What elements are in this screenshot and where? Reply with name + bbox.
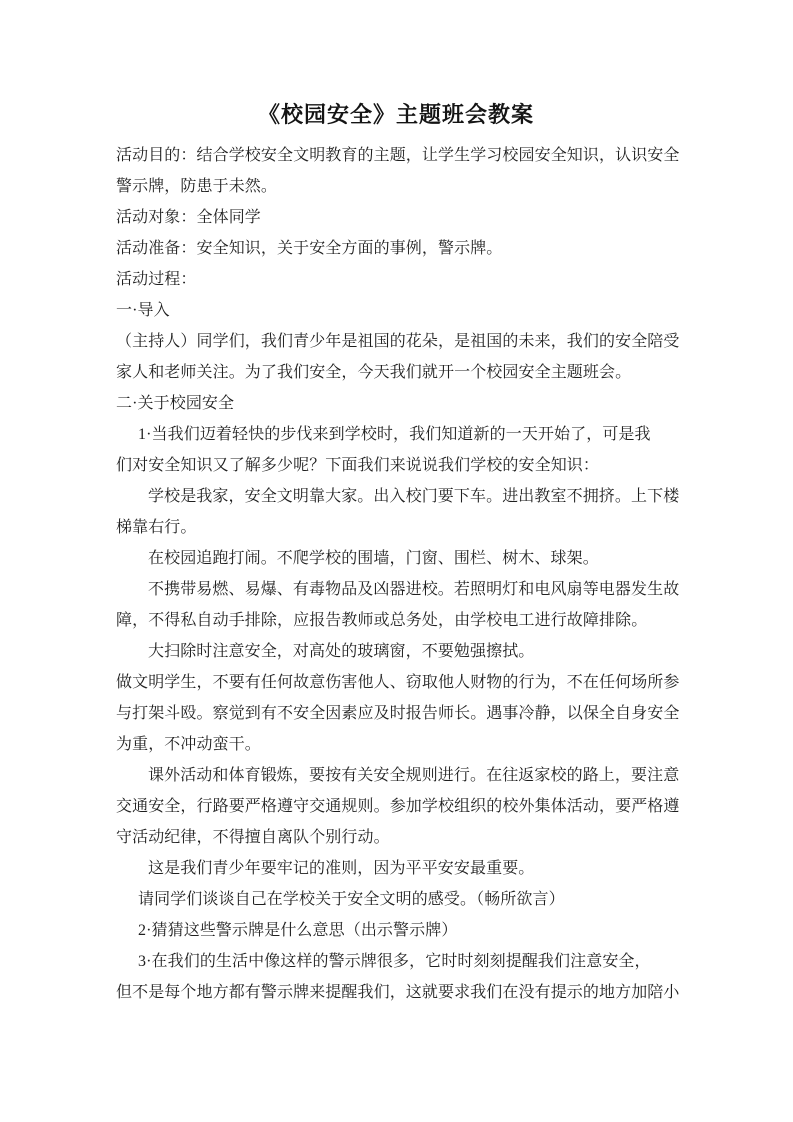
document-line: 活动过程： [116,264,682,295]
document-page: 《校园安全》主题班会教案 活动目的：结合学校安全文明教育的主题，让学生学习校园安… [0,0,793,1122]
document-line: 活动准备：安全知识，关于安全方面的事例，警示牌。 [116,233,682,264]
document-line: 与打架斗殴。察觉到有不安全因素应及时报告师长。遇事冷静，以保全自身安全 [116,698,682,729]
document-line: 为重，不冲动蛮干。 [116,729,682,760]
document-line: 活动对象：全体同学 [116,202,682,233]
document-line: 3·在我们的生活中像这样的警示牌很多，它时时刻刻提醒我们注意安全， [116,946,682,977]
document-line: 这是我们青少年要牢记的准则，因为平平安安最重要。 [116,853,682,884]
document-line: 但不是每个地方都有警示牌来提醒我们，这就要求我们在没有提示的地方加陪小 [116,977,682,1008]
document-line: 学校是我家，安全文明靠大家。出入校门要下车。进出教室不拥挤。上下楼 [116,481,682,512]
document-title: 《校园安全》主题班会教案 [116,100,676,130]
document-line: 不携带易燃、易爆、有毒物品及凶器进校。若照明灯和电风扇等电器发生故 [116,574,682,605]
document-line: 大扫除时注意安全，对高处的玻璃窗，不要勉强擦拭。 [116,636,682,667]
document-line: 二·关于校园安全 [116,388,682,419]
document-line: 障，不得私自动手排除，应报告教师或总务处，由学校电工进行故障排除。 [116,605,682,636]
document-line: 们对安全知识又了解多少呢？下面我们来说说我们学校的安全知识： [116,450,682,481]
document-body: 活动目的：结合学校安全文明教育的主题，让学生学习校园安全知识，认识安全警示牌，防… [116,140,682,1008]
document-line: 守活动纪律，不得擅自离队个别行动。 [116,822,682,853]
document-line: 活动目的：结合学校安全文明教育的主题，让学生学习校园安全知识，认识安全 [116,140,682,171]
document-line: 1·当我们迈着轻快的步伐来到学校时，我们知道新的一天开始了，可是我 [116,419,682,450]
document-line: 请同学们谈谈自己在学校关于安全文明的感受。（畅所欲言） [116,884,682,915]
document-line: 一·导入 [116,295,682,326]
document-line: （主持人）同学们，我们青少年是祖国的花朵，是祖国的未来，我们的安全陪受 [116,326,682,357]
document-line: 做文明学生，不要有任何故意伤害他人、窃取他人财物的行为，不在任何场所参 [116,667,682,698]
document-line: 梯靠右行。 [116,512,682,543]
document-line: 交通安全，行路要严格遵守交通规则。参加学校组织的校外集体活动，要严格遵 [116,791,682,822]
document-line: 课外活动和体育锻炼，要按有关安全规则进行。在往返家校的路上，要注意 [116,760,682,791]
document-line: 在校园追跑打闹。不爬学校的围墙，门窗、围栏、树木、球架。 [116,543,682,574]
document-line: 家人和老师关注。为了我们安全，今天我们就开一个校园安全主题班会。 [116,357,682,388]
document-line: 2·猜猜这些警示牌是什么意思（出示警示牌） [116,915,682,946]
document-line: 警示牌，防患于未然。 [116,171,682,202]
